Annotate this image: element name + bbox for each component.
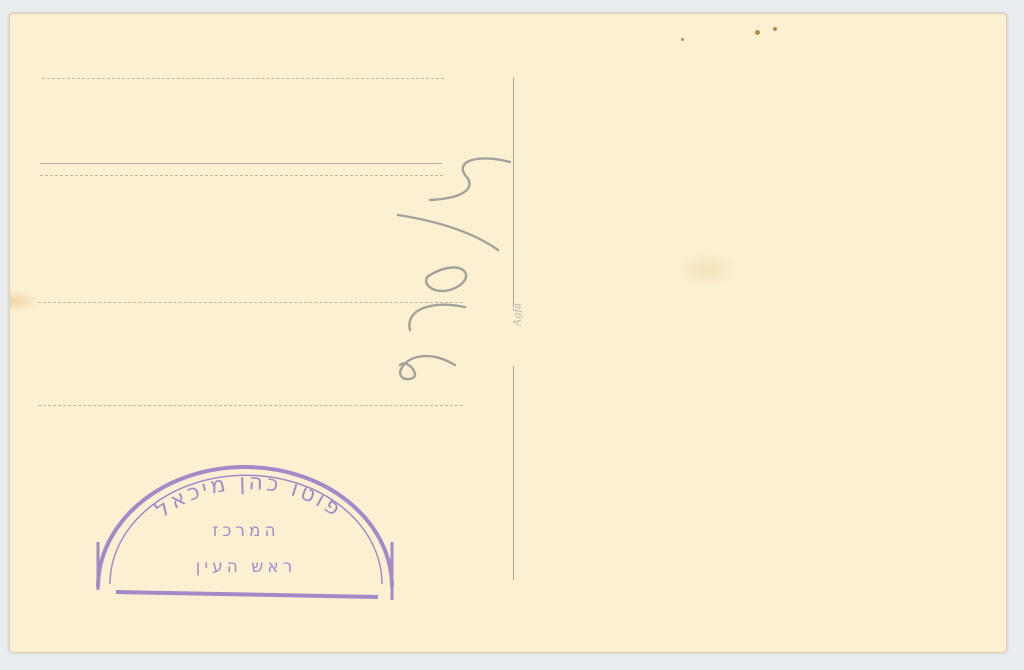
foxing-spot	[755, 30, 760, 35]
stamp-line-1: המרכז	[212, 521, 279, 541]
pencil-handwriting	[370, 150, 540, 410]
foxing-spot	[773, 27, 777, 31]
stamp-line-2: ראש העין	[196, 557, 297, 577]
foxing-spot	[681, 38, 684, 41]
address-line-1	[42, 78, 444, 79]
photographer-stamp: פוטו כהן מיכאל המרכז ראש העין	[90, 432, 402, 602]
